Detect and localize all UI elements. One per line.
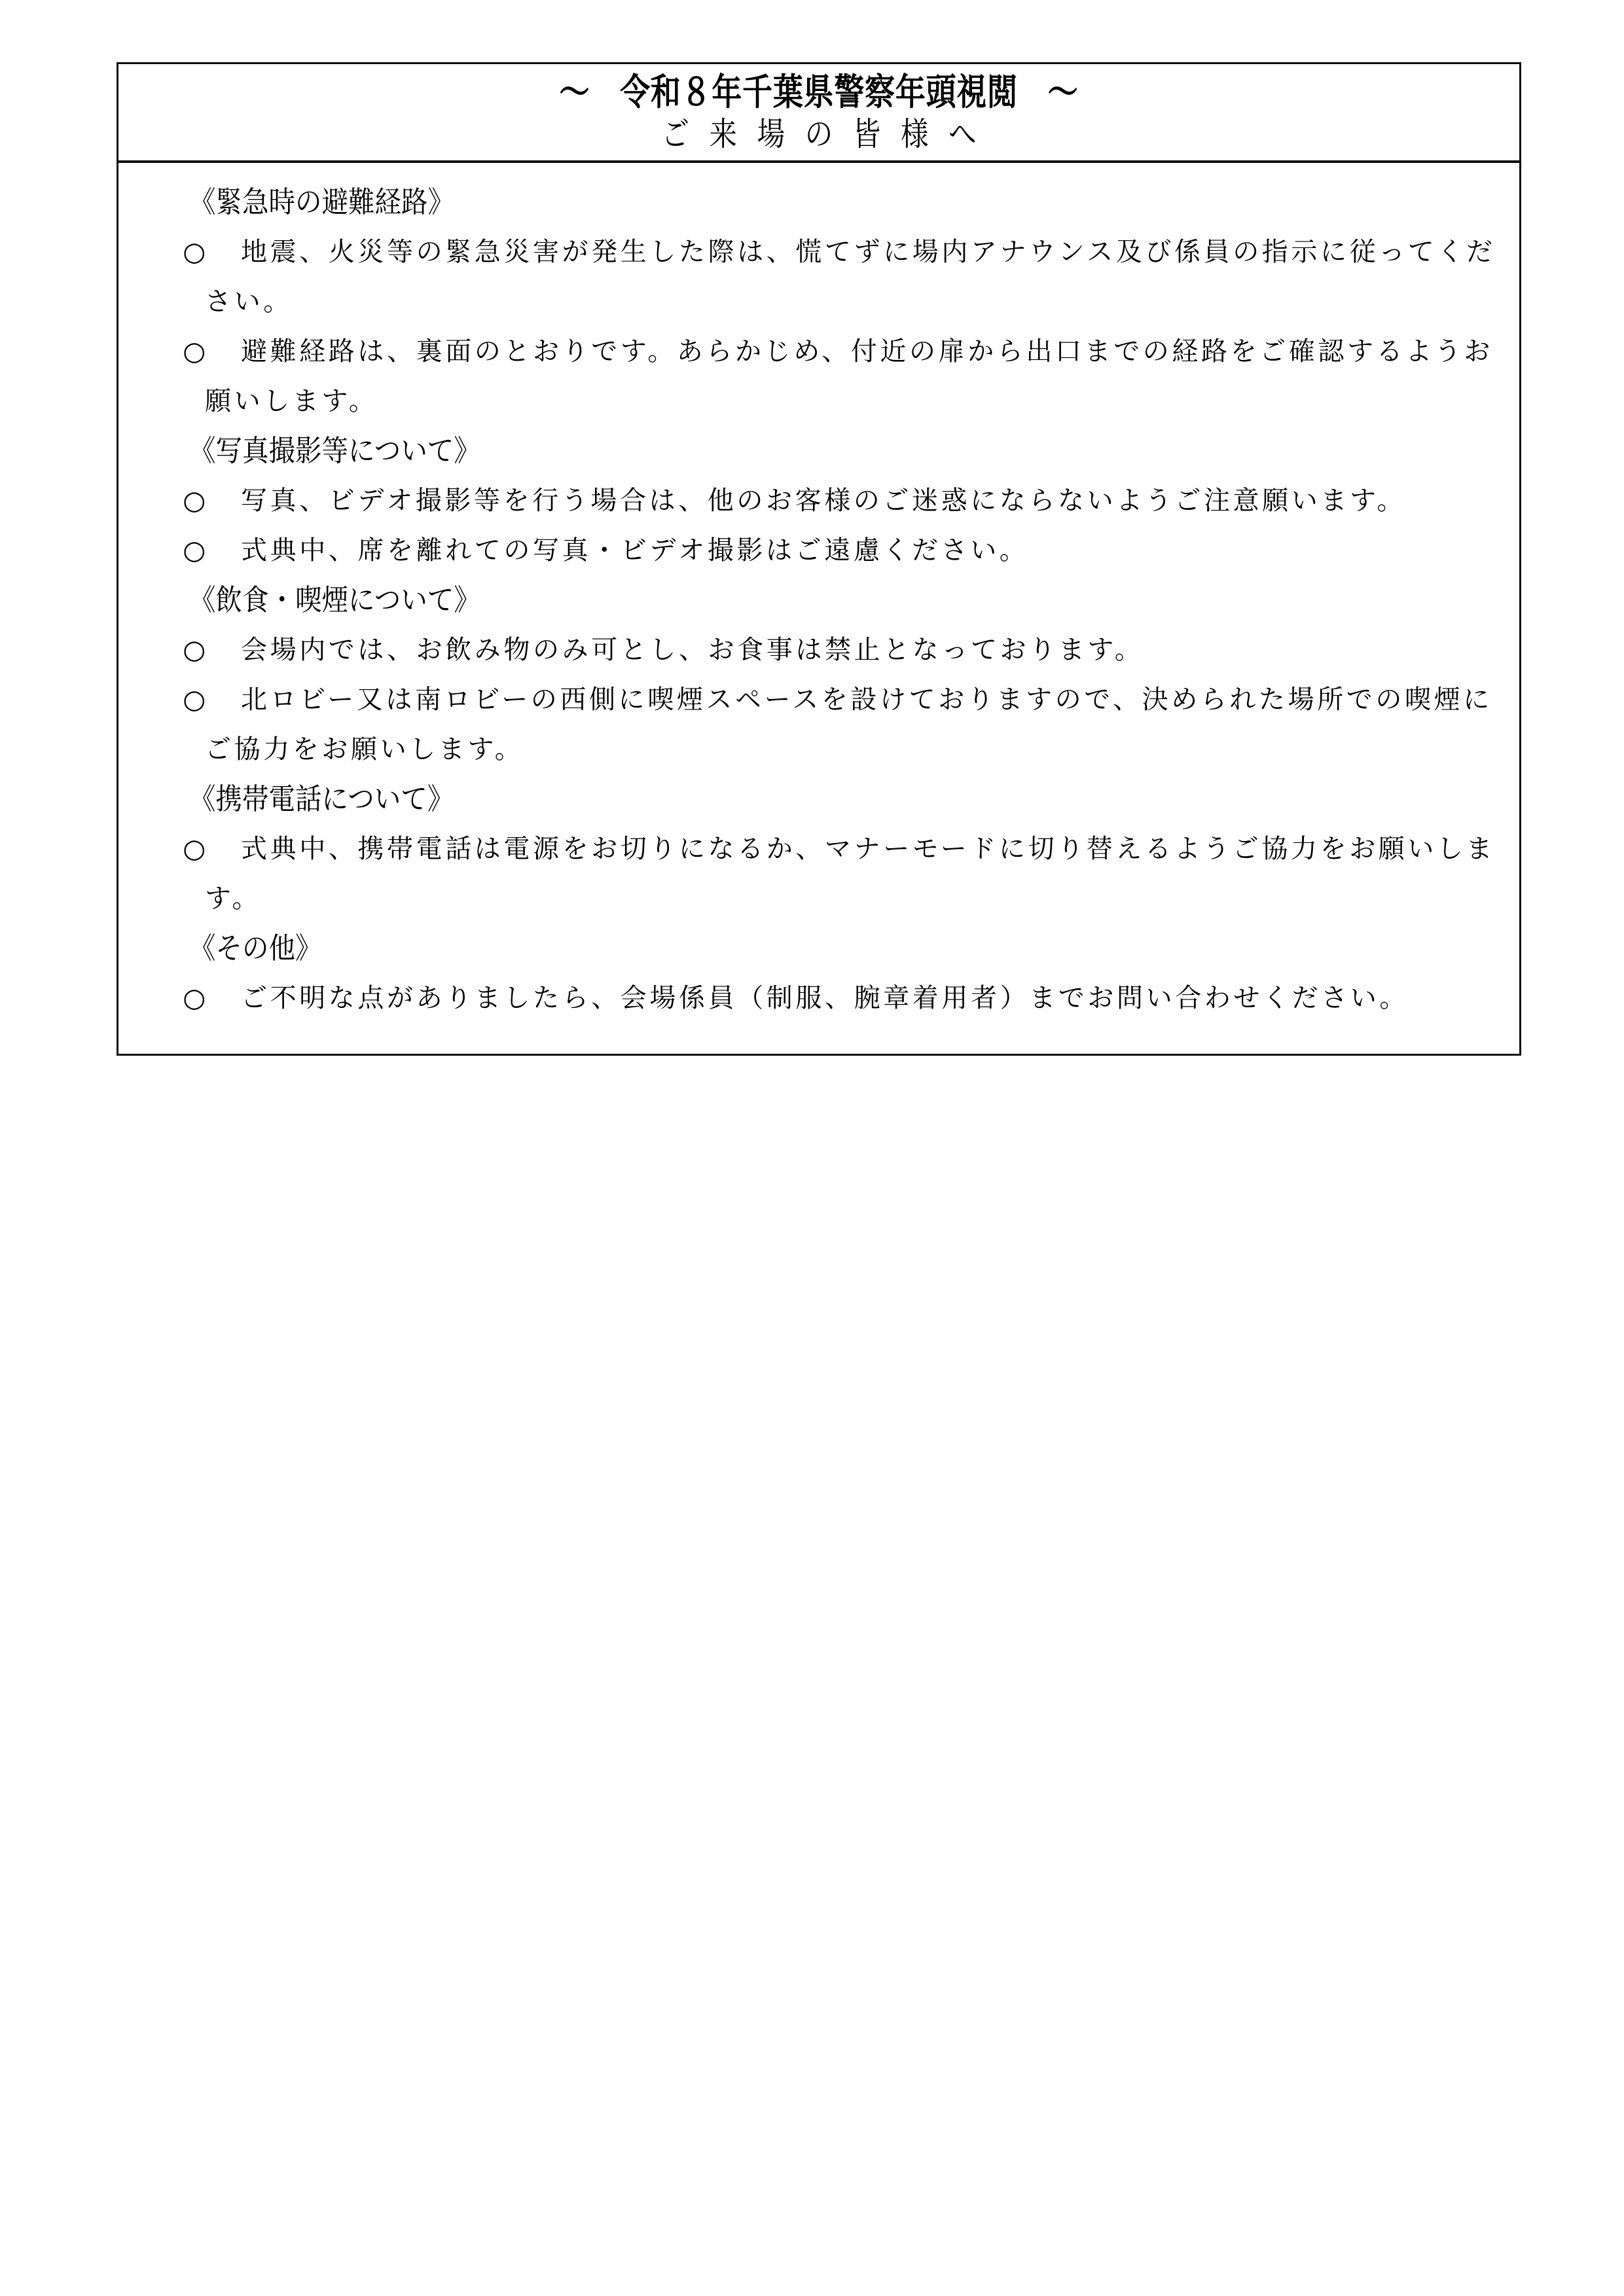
title-text: 令和８年千葉県警察年頭視閲: [620, 71, 1018, 114]
section-photography: 《写真撮影等について》 ○ 写真、ビデオ撮影等を行う場合は、他のお客様のご迷惑に…: [118, 426, 1519, 575]
item-line-continuation: す。: [205, 874, 1496, 924]
section-mobile-phones: 《携帯電話について》 ○ 式典中、携帯電話は電源をお切りになるか、マナーモードに…: [118, 774, 1519, 924]
notice-body: 《緊急時の避難経路》 ○ 地震、火災等の緊急災害が発生した際は、慌てずに場内アナ…: [118, 163, 1519, 1023]
list-item: ○ 写真、ビデオ撮影等を行う場合は、他のお客様のご迷惑にならないようご注意願いま…: [181, 476, 1496, 526]
item-line-continuation: 願いします。: [205, 376, 1496, 426]
item-line: 地震、火災等の緊急災害が発生した際は、慌てずに場内アナウンス及び係員の指示に従っ…: [241, 227, 1496, 277]
list-item: ○ 会場内では、お飲み物のみ可とし、お食事は禁止となっております。: [181, 625, 1496, 675]
item-line: 北ロビー又は南ロビーの西側に喫煙スペースを設けておりますので、決められた場所での…: [241, 675, 1496, 725]
tilde-right-icon: 〜: [1048, 72, 1079, 114]
item-line: 写真、ビデオ撮影等を行う場合は、他のお客様のご迷惑にならないようご注意願います。: [241, 476, 1496, 526]
circle-bullet-icon: ○: [181, 973, 211, 1023]
item-line: 避難経路は、裏面のとおりです。あらかじめ、付近の扉から出口までの経路をご確認する…: [241, 327, 1496, 376]
section-emergency-evacuation: 《緊急時の避難経路》 ○ 地震、火災等の緊急災害が発生した際は、慌てずに場内アナ…: [118, 177, 1519, 426]
circle-bullet-icon: ○: [181, 227, 211, 277]
item-line: 会場内では、お飲み物のみ可とし、お食事は禁止となっております。: [241, 625, 1496, 675]
list-item: ○ 地震、火災等の緊急災害が発生した際は、慌てずに場内アナウンス及び係員の指示に…: [181, 227, 1496, 327]
page-subtitle: ご来場の皆様へ: [224, 114, 1415, 154]
section-heading: 《携帯電話について》: [189, 774, 1386, 824]
list-item: ○ 避難経路は、裏面のとおりです。あらかじめ、付近の扉から出口までの経路をご確認…: [181, 327, 1496, 426]
section-heading: 《緊急時の避難経路》: [189, 177, 1386, 227]
circle-bullet-icon: ○: [181, 625, 211, 675]
tilde-left-icon: 〜: [560, 72, 590, 114]
list-item: ○ 北ロビー又は南ロビーの西側に喫煙スペースを設けておりますので、決められた場所…: [181, 675, 1496, 774]
circle-bullet-icon: ○: [181, 526, 211, 575]
section-heading: 《その他》: [189, 924, 1386, 973]
section-heading: 《写真撮影等について》: [189, 426, 1386, 476]
notice-box: 〜令和８年千葉県警察年頭視閲〜 ご来場の皆様へ 《緊急時の避難経路》 ○ 地震、…: [117, 62, 1521, 1056]
circle-bullet-icon: ○: [181, 824, 211, 874]
page-title: 〜令和８年千葉県警察年頭視閲〜: [245, 72, 1394, 114]
circle-bullet-icon: ○: [181, 327, 211, 376]
list-item: ○ 式典中、携帯電話は電源をお切りになるか、マナーモードに切り替えるようご協力を…: [181, 824, 1496, 924]
item-line: 式典中、席を離れての写真・ビデオ撮影はご遠慮ください。: [241, 526, 1496, 575]
list-item: ○ 式典中、席を離れての写真・ビデオ撮影はご遠慮ください。: [181, 526, 1496, 575]
section-food-smoking: 《飲食・喫煙について》 ○ 会場内では、お飲み物のみ可とし、お食事は禁止となって…: [118, 575, 1519, 774]
circle-bullet-icon: ○: [181, 476, 211, 526]
list-item: ○ ご不明な点がありましたら、会場係員（制服、腕章着用者）までお問い合わせくださ…: [181, 973, 1496, 1023]
section-other: 《その他》 ○ ご不明な点がありましたら、会場係員（制服、腕章着用者）までお問い…: [118, 924, 1519, 1023]
circle-bullet-icon: ○: [181, 675, 211, 725]
item-line: 式典中、携帯電話は電源をお切りになるか、マナーモードに切り替えるようご協力をお願…: [241, 824, 1496, 874]
item-line-continuation: ご協力をお願いします。: [205, 725, 1496, 774]
item-line: ご不明な点がありましたら、会場係員（制服、腕章着用者）までお問い合わせください。: [241, 973, 1496, 1023]
section-heading: 《飲食・喫煙について》: [189, 575, 1386, 625]
item-line-continuation: さい。: [205, 277, 1496, 327]
notice-header: 〜令和８年千葉県警察年頭視閲〜 ご来場の皆様へ: [118, 64, 1519, 163]
